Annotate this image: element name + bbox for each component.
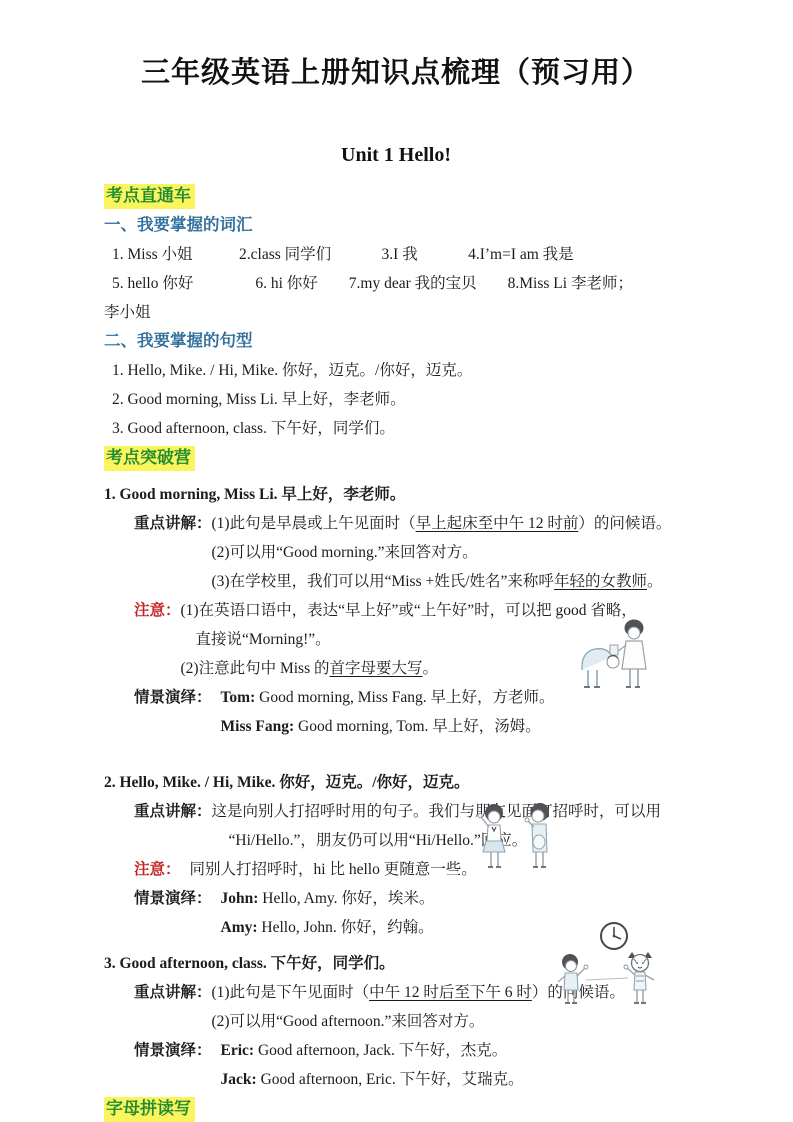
dialog-text: Hello, John. 你好，约翰。 [258,919,434,936]
block1-explain-row: 重点讲解： (1)此句是早晨或上午见面时（早上起床至中午 12 时前）的问候语。… [104,509,688,596]
underline-text: 早上起床至中午 12 时前 [416,515,579,532]
page-title: 三年级英语上册知识点梳理（预习用） [104,50,688,91]
worksheet-page: 三年级英语上册知识点梳理（预习用） Unit 1 Hello! 考点直通车 一、… [0,0,793,1122]
underline-text: 首字母要大写 [330,660,423,677]
block2-explain-1b: “Hi/Hello.”，朋友仍可以用“Hi/Hello.”回应。 [212,826,688,855]
dialog-speaker: Amy: [221,919,258,936]
block1-explain-2: (2)可以用“Good morning.”来回答对方。 [212,538,688,567]
sentence-item-2: 2. Good morning, Miss Li. 早上好，李老师。 [104,385,688,414]
dialog-text: Good morning, Tom. 早上好，汤姆。 [294,718,541,735]
scene-label: 情景演绎： [134,683,212,712]
underline-text: 中午 12 时后至下午 6 时 [369,984,532,1001]
dialog-speaker: Tom: [221,689,256,706]
section-badge-exam-express: 考点直通车 [104,184,195,209]
dialog-line: Jack: Good afternoon, Eric. 下午好，艾瑞克。 [221,1065,688,1094]
section-badge-letter-practice: 字母拼读写 [104,1097,195,1122]
scene-label: 情景演绎： [134,884,212,913]
sentence-item-1: 1. Hello, Mike. / Hi, Mike. 你好，迈克。/你好，迈克… [104,356,688,385]
dialog-speaker: Jack: [221,1071,257,1088]
block2-explain-content: 这是向别人打招呼时用的句子。我们与朋友见面打招呼时，可以用 “Hi/Hello.… [212,797,688,855]
scene-label: 情景演绎： [134,1036,212,1065]
dialog-line: John: Hello, Amy. 你好，埃米。 [221,884,688,913]
block2-explain-1: 这是向别人打招呼时用的句子。我们与朋友见面打招呼时，可以用 [212,797,688,826]
unit-title: Unit 1 Hello! [104,144,688,167]
student-bowing-to-teacher-illustration [576,616,654,698]
sentence-heading: 二、我要掌握的句型 [104,327,688,356]
badge-row-letter-practice: 字母拼读写 [104,1094,688,1122]
vocab-heading: 一、我要掌握的词汇 [104,211,688,240]
vocab-line-1: 1. Miss 小姐 2.class 同学们 3.I 我 4.I’m=I am … [104,240,688,269]
dialog-line: Eric: Good afternoon, Jack. 下午好，杰克。 [221,1036,688,1065]
explain-label: 重点讲解： [134,509,212,538]
vocab-line-3: 李小姐 [104,298,688,327]
block3-dialog: Eric: Good afternoon, Jack. 下午好，杰克。 Jack… [212,1036,688,1094]
block3-explain-2: (2)可以用“Good afternoon.”来回答对方。 [212,1007,688,1036]
block1-title: 1. Good morning, Miss Li. 早上好，李老师。 [104,480,688,509]
badge-row-exam-express: 考点直通车 [104,181,688,211]
sentence-item-3: 3. Good afternoon, class. 下午好，同学们。 [104,414,688,443]
dialog-speaker: Miss Fang: [221,718,295,735]
explain-label: 重点讲解： [134,797,212,826]
dialog-text: Good morning, Miss Fang. 早上好，方老师。 [255,689,554,706]
note-label: 注意： [134,855,181,884]
underline-text: 年轻的女教师 [554,573,647,590]
note-label: 注意： [134,596,181,625]
block2-note-content: 同别人打招呼时，hi 比 hello 更随意一些。 [181,855,688,884]
block1-explain-content: (1)此句是早晨或上午见面时（早上起床至中午 12 时前）的问候语。 (2)可以… [212,509,688,596]
dialog-text: Hello, Amy. 你好，埃米。 [258,890,434,907]
section-badge-breakthrough-camp: 考点突破营 [104,446,195,471]
block2-explain-row: 重点讲解： 这是向别人打招呼时用的句子。我们与朋友见面打招呼时，可以用 “Hi/… [104,797,688,855]
dialog-text: Good afternoon, Eric. 下午好，艾瑞克。 [257,1071,524,1088]
block1-explain-1: (1)此句是早晨或上午见面时（早上起床至中午 12 时前）的问候语。 [212,509,688,538]
dialog-speaker: John: [221,890,259,907]
key-point-block-1: 1. Good morning, Miss Li. 早上好，李老师。 重点讲解：… [104,480,688,741]
children-waving-under-clock-illustration [550,918,664,1010]
dialog-speaker: Eric: [221,1042,255,1059]
explain-label: 重点讲解： [134,978,212,1007]
block1-explain-3: (3)在学校里，我们可以用“Miss +姓氏/姓名”来称呼年轻的女教师。 [212,567,688,596]
block2-note-row: 注意： 同别人打招呼时，hi 比 hello 更随意一些。 [104,855,688,884]
dialog-text: Good afternoon, Jack. 下午好，杰克。 [254,1042,507,1059]
dialog-line: Miss Fang: Good morning, Tom. 早上好，汤姆。 [221,712,688,741]
vocab-line-2: 5. hello 你好 6. hi 你好 7.my dear 我的宝贝 8.Mi… [104,269,688,298]
two-children-greeting-illustration [468,800,564,878]
block3-scene-row: 情景演绎： Eric: Good afternoon, Jack. 下午好，杰克… [104,1036,688,1094]
block2-title: 2. Hello, Mike. / Hi, Mike. 你好，迈克。/你好，迈克… [104,768,688,797]
key-point-block-2: 2. Hello, Mike. / Hi, Mike. 你好，迈克。/你好，迈克… [104,768,688,942]
badge-row-breakthrough: 考点突破营 [104,443,688,473]
clock-icon [601,923,627,949]
